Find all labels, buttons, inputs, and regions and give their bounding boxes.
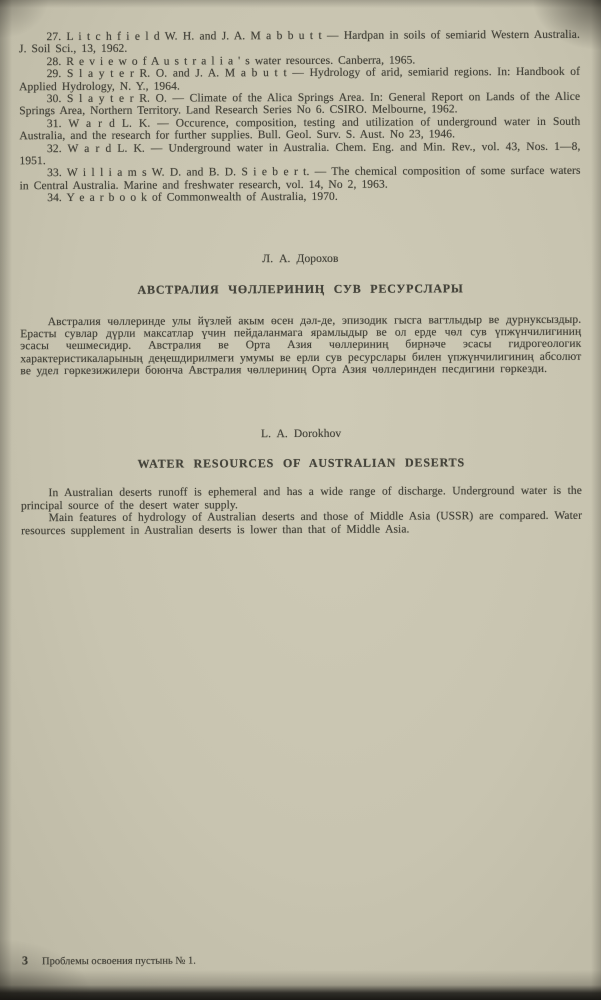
english-title: WATER RESOURCES OF AUSTRALIAN DESERTS <box>21 456 582 471</box>
turkmen-title: АВСТРАЛИЯ ЧӨЛЛЕРИНИҢ СУВ РЕСУРСЛАРЫ <box>20 282 581 297</box>
english-abstract-paragraph: Main features of hydrology of Australian… <box>21 510 582 537</box>
turkmen-author: Л. А. Дорохов <box>20 251 581 266</box>
reference-item: 33. W i l l i a m s W. D. and B. D. S i … <box>19 165 580 192</box>
page-number: 3 <box>22 953 28 967</box>
english-abstract-section: L. A. Dorokhov WATER RESOURCES OF AUSTRA… <box>21 426 582 537</box>
running-title: Проблемы освоения пустынь № 1. <box>42 956 196 968</box>
reference-item: 27. L i t c h f i e l d W. H. and J. A. … <box>19 29 580 56</box>
scanned-book-page: 27. L i t c h f i e l d W. H. and J. A. … <box>0 0 601 1000</box>
english-author: L. A. Dorokhov <box>21 426 582 441</box>
page-footer: 3Проблемы освоения пустынь № 1. <box>22 953 196 969</box>
turkmen-abstract-section: Л. А. Дорохов АВСТРАЛИЯ ЧӨЛЛЕРИНИҢ СУВ Р… <box>20 251 582 377</box>
reference-item: 30. S l a y t e r R. O. — Climate of the… <box>19 91 580 118</box>
reference-item: 34. Y e a r b o o k of Commonwealth of A… <box>20 190 581 205</box>
page-content: 27. L i t c h f i e l d W. H. and J. A. … <box>19 29 582 537</box>
turkmen-abstract-text: Австралия чөллеринде улы йүзлей акым өсе… <box>20 313 581 377</box>
reference-item: 32. W a r d L. K. — Underground water in… <box>19 140 580 167</box>
references-section: 27. L i t c h f i e l d W. H. and J. A. … <box>19 29 581 205</box>
reference-item: 31. W a r d L. K. — Occurence, compositi… <box>19 116 580 143</box>
english-abstract-paragraph: In Australian deserts runoff is ephemera… <box>21 485 582 512</box>
reference-item: 29. S l a y t e r R. O. and J. A. M a b … <box>19 66 580 93</box>
